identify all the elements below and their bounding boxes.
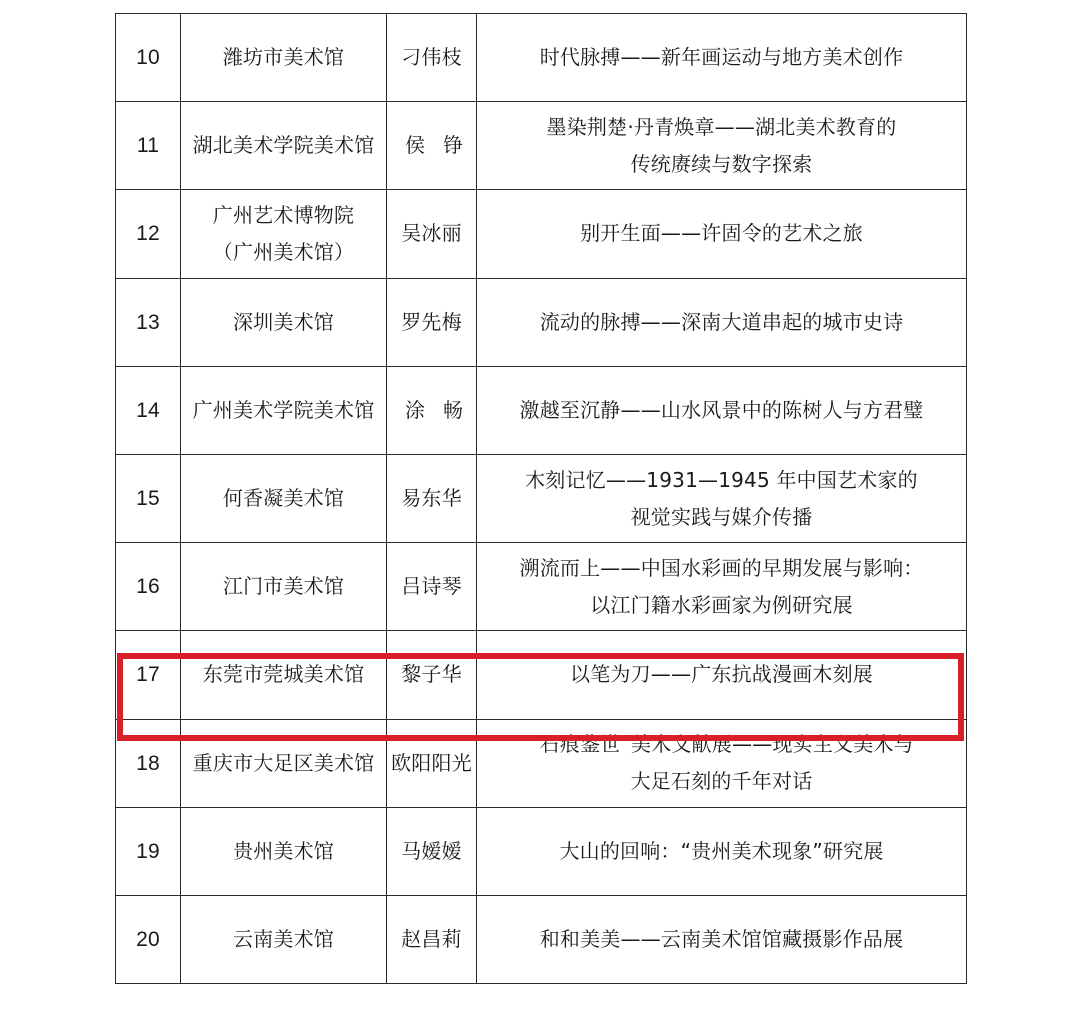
- museum-name: 广州艺术博物院 （广州美术馆）: [181, 190, 387, 278]
- row-number: 20: [116, 895, 181, 983]
- museum-name: 云南美术馆: [181, 895, 387, 983]
- museum-name-line: 何香凝美术馆: [182, 480, 385, 517]
- museum-name-line: 湖北美术学院美术馆: [182, 127, 385, 164]
- row-number: 10: [116, 14, 181, 102]
- exhibition-title-line: 时代脉搏——新年画运动与地方美术创作: [487, 39, 956, 76]
- exhibition-title-line: 流动的脉搏——深南大道串起的城市史诗: [487, 304, 956, 341]
- exhibition-title: 墨染荆楚·丹青焕章——湖北美术教育的 传统赓续与数字探索: [477, 102, 967, 190]
- exhibition-title-line: 视觉实践与媒介传播: [487, 499, 956, 536]
- museum-name: 何香凝美术馆: [181, 454, 387, 542]
- exhibition-title: 大山的回响：“贵州美术现象”研究展: [477, 807, 967, 895]
- table-row: 10 潍坊市美术馆 刁伟枝 时代脉搏——新年画运动与地方美术创作: [116, 14, 967, 102]
- exhibition-table: 10 潍坊市美术馆 刁伟枝 时代脉搏——新年画运动与地方美术创作 11 湖北美术…: [115, 13, 967, 984]
- exhibition-title-line: 以笔为刀——广东抗战漫画木刻展: [487, 656, 956, 693]
- museum-name-line: （广州美术馆）: [182, 234, 385, 271]
- museum-name-line: 东莞市莞城美术馆: [182, 656, 385, 693]
- exhibition-title: 别开生面——许固令的艺术之旅: [477, 190, 967, 278]
- curator-name: 马嫒嫒: [387, 807, 477, 895]
- row-number: 13: [116, 278, 181, 366]
- row-number: 14: [116, 366, 181, 454]
- row-number: 18: [116, 719, 181, 807]
- curator-name: 赵昌莉: [387, 895, 477, 983]
- exhibition-title-line: “石痕鉴世”美术文献展——现实主义美术与: [487, 726, 956, 763]
- museum-name-line: 广州美术学院美术馆: [182, 392, 385, 429]
- table-row: 15 何香凝美术馆 易东华 木刻记忆——1931—1945 年中国艺术家的 视觉…: [116, 454, 967, 542]
- exhibition-title-line: 激越至沉静——山水风景中的陈树人与方君璧: [487, 392, 956, 429]
- table-row: 19 贵州美术馆 马嫒嫒 大山的回响：“贵州美术现象”研究展: [116, 807, 967, 895]
- row-number: 19: [116, 807, 181, 895]
- row-number: 17: [116, 631, 181, 719]
- exhibition-title-line: 溯流而上——中国水彩画的早期发展与影响：: [487, 550, 956, 587]
- museum-name: 湖北美术学院美术馆: [181, 102, 387, 190]
- curator-name: 欧阳阳光: [387, 719, 477, 807]
- exhibition-title-line: 传统赓续与数字探索: [487, 146, 956, 183]
- row-number: 11: [116, 102, 181, 190]
- exhibition-title-line: 大山的回响：“贵州美术现象”研究展: [487, 833, 956, 870]
- museum-name-line: 云南美术馆: [182, 921, 385, 958]
- exhibition-title: 和和美美——云南美术馆馆藏摄影作品展: [477, 895, 967, 983]
- curator-name: 吕诗琴: [387, 543, 477, 631]
- museum-name-line: 重庆市大足区美术馆: [182, 745, 385, 782]
- museum-name-line: 潍坊市美术馆: [182, 39, 385, 76]
- row-number: 16: [116, 543, 181, 631]
- exhibition-title-line: 大足石刻的千年对话: [487, 763, 956, 800]
- table-row: 16 江门市美术馆 吕诗琴 溯流而上——中国水彩画的早期发展与影响： 以江门籍水…: [116, 543, 967, 631]
- exhibition-title-line: 别开生面——许固令的艺术之旅: [487, 215, 956, 252]
- curator-name: 罗先梅: [387, 278, 477, 366]
- museum-name-line: 江门市美术馆: [182, 568, 385, 605]
- table-row: 18 重庆市大足区美术馆 欧阳阳光 “石痕鉴世”美术文献展——现实主义美术与 大…: [116, 719, 967, 807]
- museum-name: 东莞市莞城美术馆: [181, 631, 387, 719]
- table-row: 12 广州艺术博物院 （广州美术馆） 吴冰丽 别开生面——许固令的艺术之旅: [116, 190, 967, 278]
- table-body: 10 潍坊市美术馆 刁伟枝 时代脉搏——新年画运动与地方美术创作 11 湖北美术…: [116, 14, 967, 984]
- table-row: 20 云南美术馆 赵昌莉 和和美美——云南美术馆馆藏摄影作品展: [116, 895, 967, 983]
- table-row-highlighted: 17 东莞市莞城美术馆 黎子华 以笔为刀——广东抗战漫画木刻展: [116, 631, 967, 719]
- exhibition-title-line: 和和美美——云南美术馆馆藏摄影作品展: [487, 921, 956, 958]
- curator-name: 侯铮: [387, 102, 477, 190]
- exhibition-title: 溯流而上——中国水彩画的早期发展与影响： 以江门籍水彩画家为例研究展: [477, 543, 967, 631]
- exhibition-title: 以笔为刀——广东抗战漫画木刻展: [477, 631, 967, 719]
- exhibition-title-line: 以江门籍水彩画家为例研究展: [487, 587, 956, 624]
- museum-name-line: 深圳美术馆: [182, 304, 385, 341]
- museum-name: 潍坊市美术馆: [181, 14, 387, 102]
- exhibition-title-line: 墨染荆楚·丹青焕章——湖北美术教育的: [487, 109, 956, 146]
- row-number: 15: [116, 454, 181, 542]
- curator-name: 涂畅: [387, 366, 477, 454]
- museum-name: 广州美术学院美术馆: [181, 366, 387, 454]
- exhibition-title: 激越至沉静——山水风景中的陈树人与方君璧: [477, 366, 967, 454]
- curator-name: 吴冰丽: [387, 190, 477, 278]
- table-row: 14 广州美术学院美术馆 涂畅 激越至沉静——山水风景中的陈树人与方君璧: [116, 366, 967, 454]
- table-row: 13 深圳美术馆 罗先梅 流动的脉搏——深南大道串起的城市史诗: [116, 278, 967, 366]
- exhibition-title: 时代脉搏——新年画运动与地方美术创作: [477, 14, 967, 102]
- exhibition-title: 流动的脉搏——深南大道串起的城市史诗: [477, 278, 967, 366]
- exhibition-title: “石痕鉴世”美术文献展——现实主义美术与 大足石刻的千年对话: [477, 719, 967, 807]
- museum-name: 江门市美术馆: [181, 543, 387, 631]
- exhibition-title-line: 木刻记忆——1931—1945 年中国艺术家的: [487, 462, 956, 499]
- museum-name-line: 广州艺术博物院: [182, 197, 385, 234]
- exhibition-table-container: 10 潍坊市美术馆 刁伟枝 时代脉搏——新年画运动与地方美术创作 11 湖北美术…: [115, 13, 966, 984]
- curator-name: 易东华: [387, 454, 477, 542]
- exhibition-title: 木刻记忆——1931—1945 年中国艺术家的 视觉实践与媒介传播: [477, 454, 967, 542]
- table-row: 11 湖北美术学院美术馆 侯铮 墨染荆楚·丹青焕章——湖北美术教育的 传统赓续与…: [116, 102, 967, 190]
- curator-name: 黎子华: [387, 631, 477, 719]
- museum-name: 深圳美术馆: [181, 278, 387, 366]
- curator-name: 刁伟枝: [387, 14, 477, 102]
- row-number: 12: [116, 190, 181, 278]
- museum-name: 贵州美术馆: [181, 807, 387, 895]
- museum-name-line: 贵州美术馆: [182, 833, 385, 870]
- museum-name: 重庆市大足区美术馆: [181, 719, 387, 807]
